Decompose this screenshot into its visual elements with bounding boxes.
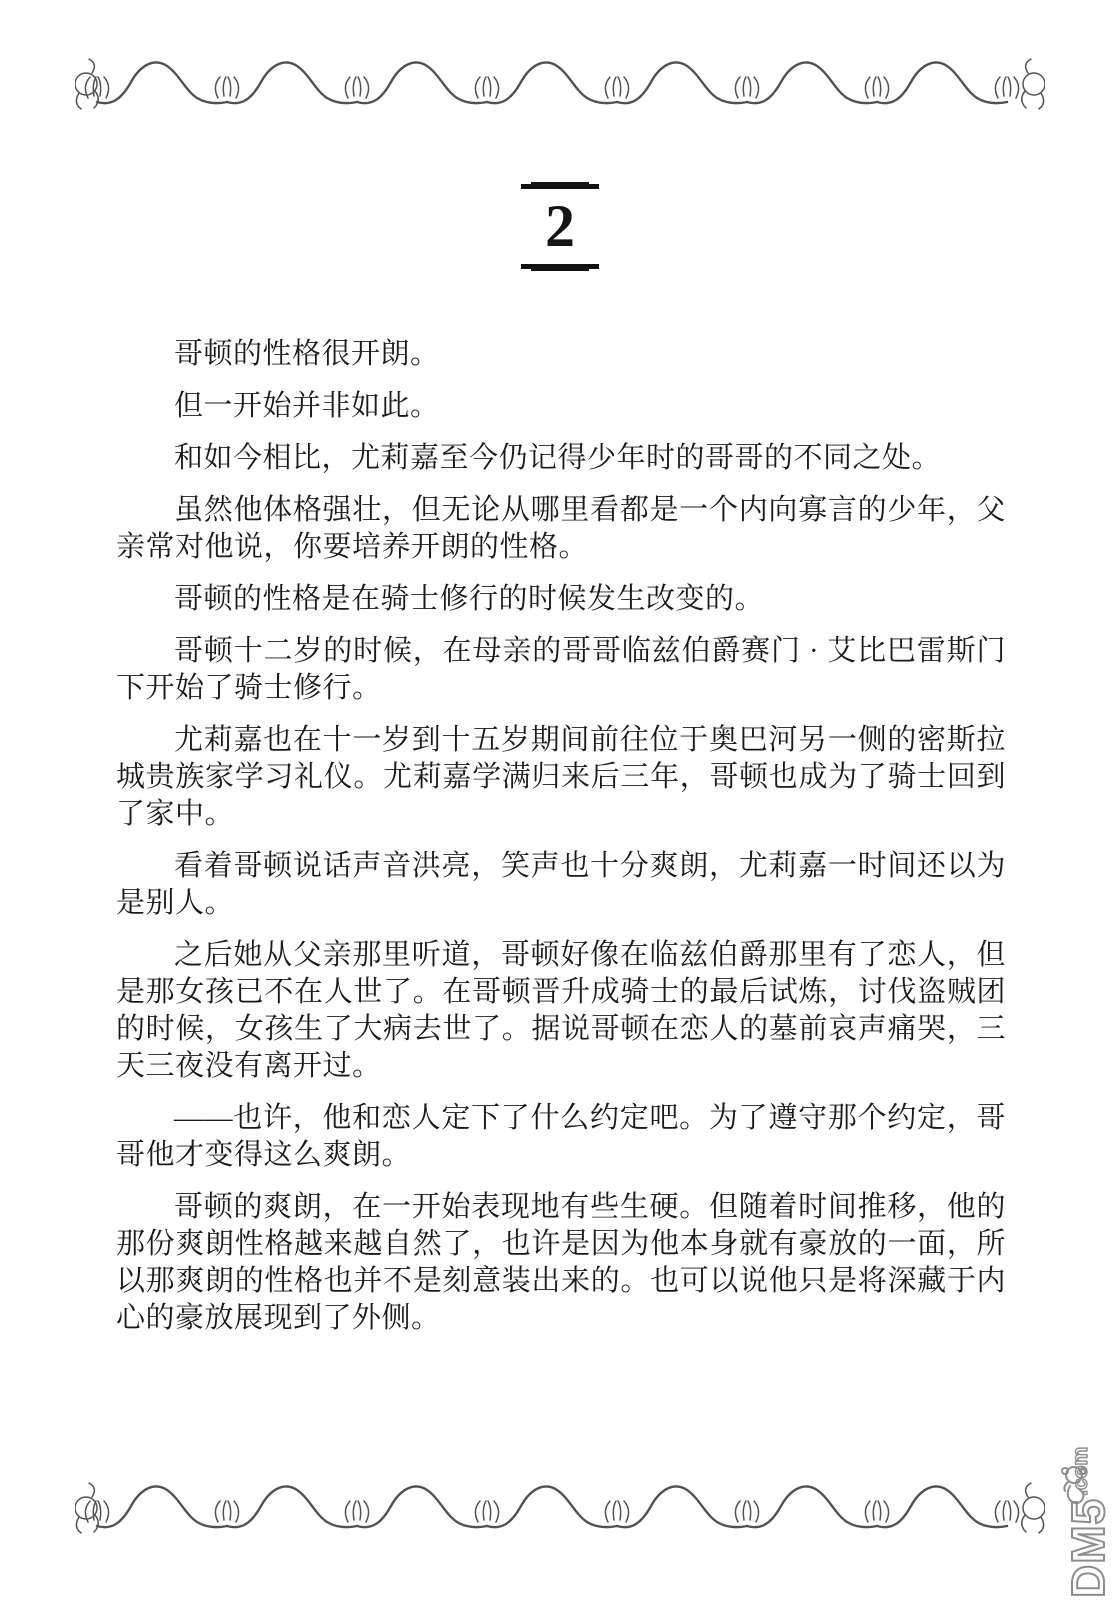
paragraph: 但一开始并非如此。 bbox=[116, 388, 1006, 425]
chapter-text: 哥顿的性格很开朗。但一开始并非如此。和如今相比，尤莉嘉至今仍记得少年时的哥哥的不… bbox=[116, 336, 1006, 1352]
heading-rule-bottom-thin bbox=[531, 269, 589, 271]
book-page: 2 哥顿的性格很开朗。但一开始并非如此。和如今相比，尤莉嘉至今仍记得少年时的哥哥… bbox=[0, 0, 1120, 1600]
chapter-heading: 2 bbox=[0, 182, 1120, 271]
paragraph: 哥顿的爽朗，在一开始表现地有些生硬。但随着时间推移，他的那份爽朗性格越来越自然了… bbox=[116, 1189, 1006, 1337]
chapter-number: 2 bbox=[0, 189, 1120, 264]
paragraph: 看着哥顿说话声音洪亮，笑声也十分爽朗，尤莉嘉一时间还以为是别人。 bbox=[116, 848, 1006, 922]
paragraph: 虽然他体格强壮，但无论从哪里看都是一个内向寡言的少年，父亲常对他说，你要培养开朗… bbox=[116, 492, 1006, 566]
paragraph: 哥顿的性格是在骑士修行的时候发生改变的。 bbox=[116, 581, 1006, 618]
paragraph: 尤莉嘉也在十一岁到十五岁期间前往位于奥巴河另一侧的密斯拉城贵族家学习礼仪。尤莉嘉… bbox=[116, 722, 1006, 833]
paragraph: 之后她从父亲那里听道，哥顿好像在临兹伯爵那里有了恋人，但是那女孩已不在人世了。在… bbox=[116, 937, 1006, 1085]
ornamental-border-top-icon bbox=[75, 56, 1045, 120]
paragraph: ——也许，他和恋人定下了什么约定吧。为了遵守那个约定，哥哥他才变得这么爽朗。 bbox=[116, 1100, 1006, 1174]
paragraph: 哥顿的性格很开朗。 bbox=[116, 336, 1006, 373]
paragraph: 哥顿十二岁的时候，在母亲的哥哥临兹伯爵赛门 · 艾比巴雷斯门下开始了骑士修行。 bbox=[116, 633, 1006, 707]
dm5-mascot-icon bbox=[1058, 1462, 1092, 1508]
watermark-main-text: DM5 bbox=[1065, 1498, 1111, 1598]
ornamental-border-bottom-icon bbox=[75, 1480, 1045, 1544]
paragraph: 和如今相比，尤莉嘉至今仍记得少年时的哥哥的不同之处。 bbox=[116, 440, 1006, 477]
